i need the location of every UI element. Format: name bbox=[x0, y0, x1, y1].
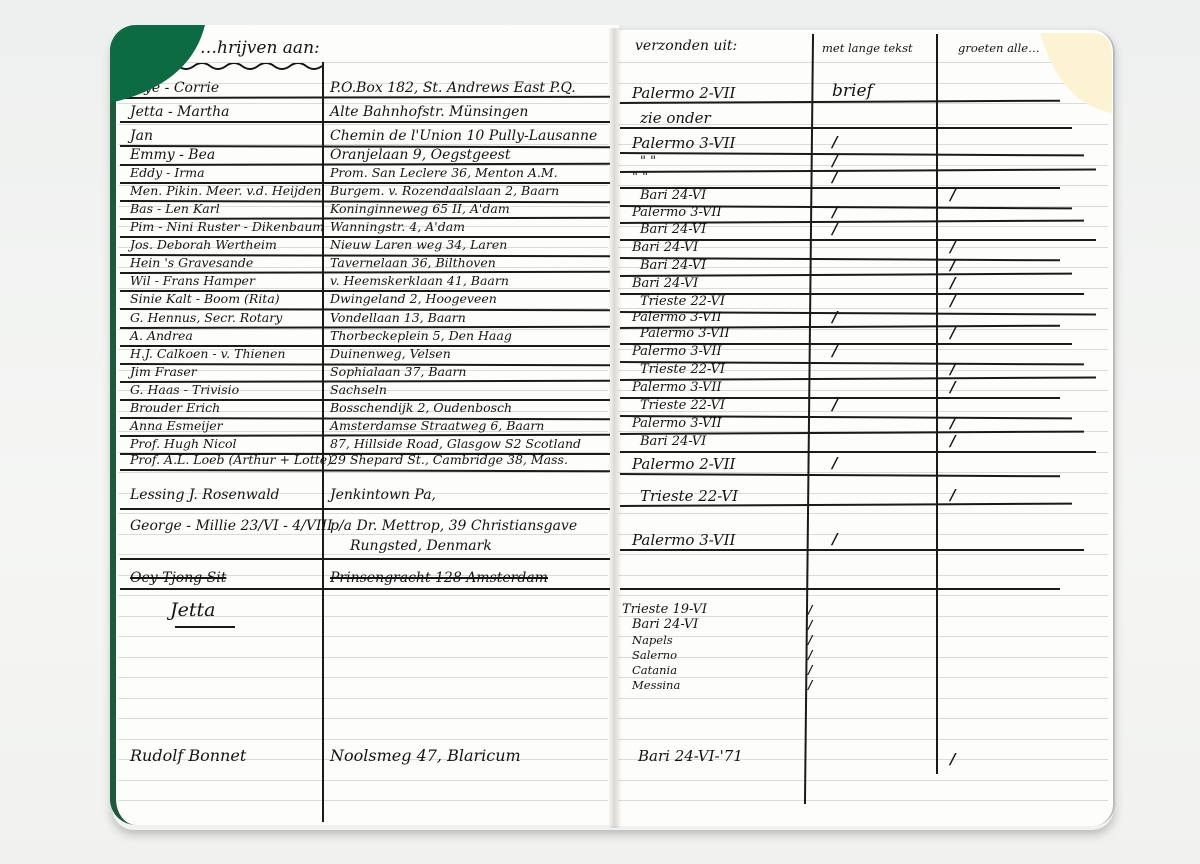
page-ruling bbox=[618, 636, 1108, 637]
page-ruling bbox=[118, 636, 608, 637]
page-ruling bbox=[118, 739, 608, 740]
entry-name: G. Haas - Trivisio bbox=[130, 382, 239, 398]
check-mark-greetings: / bbox=[950, 238, 955, 256]
entry-name: Jos. Deborah Wertheim bbox=[130, 237, 277, 253]
entry-name: Men. Pikin. Meer. v.d. Heijden bbox=[130, 183, 321, 199]
page-ruling bbox=[118, 780, 608, 781]
entry-address: Prinsengracht 128 Amsterdam bbox=[330, 570, 548, 586]
entry-name: Emmy - Bea bbox=[130, 147, 215, 163]
check-mark-greetings: / bbox=[950, 256, 955, 274]
entry-address: Vondellaan 13, Baarn bbox=[330, 310, 466, 326]
sent-from-cell: Bari 24-VI bbox=[640, 188, 706, 204]
page-ruling bbox=[618, 739, 1108, 740]
book-gutter bbox=[608, 28, 622, 828]
check-mark-long-text: / bbox=[832, 342, 837, 360]
ink-row-line bbox=[120, 588, 610, 590]
entry-address: Koninginneweg 65 II, A'dam bbox=[330, 201, 510, 217]
entry-name: Prof. Hugh Nicol bbox=[130, 436, 236, 452]
column-divider bbox=[936, 34, 938, 774]
check-mark-long-text: / bbox=[832, 220, 837, 238]
entry-name: G. Hennus, Secr. Rotary bbox=[130, 310, 282, 326]
page-ruling bbox=[618, 657, 1108, 658]
city-list-item: Trieste 19-VI bbox=[622, 602, 707, 618]
entry-name: Jan bbox=[130, 128, 153, 144]
left-heading: …hrijven aan: bbox=[200, 40, 320, 56]
check-mark-greetings: / bbox=[950, 378, 955, 396]
check-mark-long-text: / bbox=[832, 133, 837, 151]
page-ruling bbox=[118, 554, 608, 555]
entry-address: Oranjelaan 9, Oegstgeest bbox=[330, 147, 510, 163]
entry-address: Duinenweg, Velsen bbox=[330, 346, 451, 362]
entry-name: Jim Fraser bbox=[130, 364, 197, 380]
entry-name: Eddy - Irma bbox=[130, 165, 205, 181]
sent-from-cell: Palermo 3-VII bbox=[640, 326, 730, 342]
column-divider bbox=[322, 62, 324, 822]
city-list-item: Napels bbox=[632, 632, 673, 648]
entry-address: Chemin de l'Union 10 Pully-Lausanne bbox=[330, 128, 597, 144]
signature-underline bbox=[175, 626, 235, 628]
check-mark-greetings: / bbox=[950, 486, 955, 504]
sent-from-cell: Palermo 3-VII bbox=[632, 344, 722, 360]
entry-address: Burgem. v. Rozendaalslaan 2, Baarn bbox=[330, 183, 559, 199]
page-ruling bbox=[618, 698, 1108, 699]
page-ruling bbox=[618, 165, 1108, 166]
entry-name: Brouder Erich bbox=[130, 400, 220, 416]
ink-row-line bbox=[120, 508, 610, 510]
page-ruling bbox=[118, 472, 608, 473]
city-list-item: Catania bbox=[632, 662, 677, 678]
page-ruling bbox=[118, 800, 608, 801]
sent-from-cell: Trieste 22-VI bbox=[640, 398, 725, 414]
check-mark-long-text: / bbox=[832, 308, 837, 326]
entry-name: Hein 's Gravesande bbox=[130, 255, 253, 271]
sent-from-cell: Bari 24-VI bbox=[632, 276, 698, 292]
sent-from-cell: Trieste 22-VI bbox=[640, 294, 725, 310]
sent-from-cell: zie onder bbox=[640, 110, 711, 126]
page-ruling bbox=[118, 718, 608, 719]
check-mark-long-text: / bbox=[832, 396, 837, 414]
sent-from-cell: Palermo 3-VII bbox=[632, 532, 735, 548]
page-ruling bbox=[618, 513, 1108, 514]
sent-from-cell: Trieste 22-VI bbox=[640, 488, 738, 504]
page-ruling bbox=[118, 62, 608, 63]
page-ruling bbox=[618, 595, 1108, 596]
check-mark-greetings: / bbox=[950, 414, 955, 432]
entry-address: Prom. San Leclere 36, Menton A.M. bbox=[330, 165, 558, 181]
check-mark-greetings: / bbox=[950, 186, 955, 204]
sent-from-cell: " " bbox=[640, 154, 656, 170]
sent-from-cell: Palermo 2-VII bbox=[632, 456, 735, 472]
page-ruling bbox=[118, 595, 608, 596]
page-ruling bbox=[618, 575, 1108, 576]
entry-address: Rungsted, Denmark bbox=[350, 538, 492, 554]
page-ruling bbox=[618, 800, 1108, 801]
entry-name: Anna Esmeijer bbox=[130, 418, 223, 434]
sent-from-cell: Palermo 3-VII bbox=[632, 380, 722, 396]
page-ruling bbox=[118, 677, 608, 678]
sent-from-cell: Bari 24-VI-'71 bbox=[638, 748, 743, 764]
sent-from-cell: Palermo 3-VII bbox=[632, 135, 735, 151]
check-mark-greetings: / bbox=[950, 274, 955, 292]
entry-address: 29 Shepard St., Cambridge 38, Mass. bbox=[330, 452, 568, 468]
entry-address: Amsterdamse Straatweg 6, Baarn bbox=[330, 418, 544, 434]
page-ruling bbox=[118, 513, 608, 514]
check-mark-greetings: / bbox=[950, 324, 955, 342]
check-mark-long-text: / bbox=[832, 530, 837, 548]
entry-address: Sophialaan 37, Baarn bbox=[330, 364, 467, 380]
ink-row-line bbox=[620, 588, 1060, 590]
sent-from-cell: Palermo 2-VII bbox=[632, 85, 735, 101]
entry-name: Oey Tjong Sit bbox=[130, 570, 226, 586]
entry-address: Sachseln bbox=[330, 382, 387, 398]
entry-name: A. Andrea bbox=[130, 328, 193, 344]
ink-row-line bbox=[620, 451, 1096, 453]
check-mark-long-text: / bbox=[832, 168, 837, 186]
check-mark-long-text: / bbox=[808, 663, 812, 677]
entry-address: Thorbeckeplein 5, Den Haag bbox=[330, 328, 512, 344]
page-ruling bbox=[118, 657, 608, 658]
sent-from-cell: Trieste 22-VI bbox=[640, 362, 725, 378]
sent-from-cell: Bari 24-VI bbox=[640, 434, 706, 450]
page-ruling bbox=[618, 62, 1108, 63]
entry-address: p/a Dr. Mettrop, 39 Christiansgave bbox=[330, 518, 577, 534]
long-text-cell: brief bbox=[832, 83, 873, 99]
city-list-item: Messina bbox=[632, 677, 680, 693]
entry-name: George - Millie 23/VI - 4/VIII bbox=[130, 518, 333, 534]
sent-from-cell: Bari 24-VI bbox=[640, 222, 706, 238]
entry-name: Jetta - Martha bbox=[130, 104, 230, 120]
check-mark-long-text: / bbox=[808, 603, 812, 617]
entry-name: Prof. A.L. Loeb (Arthur + Lotte) bbox=[130, 452, 332, 468]
entry-name: Wil - Frans Hamper bbox=[130, 273, 255, 289]
check-mark-long-text: / bbox=[808, 648, 812, 662]
header-sent-from: verzonden uit: bbox=[635, 38, 737, 54]
check-mark-greetings: / bbox=[950, 432, 955, 450]
entry-name: Bas - Len Karl bbox=[130, 201, 220, 217]
header-greetings: groeten alle… bbox=[958, 40, 1040, 56]
ink-row-line bbox=[120, 558, 610, 560]
page-ruling bbox=[618, 677, 1108, 678]
entry-name: Rudolf Bonnet bbox=[130, 748, 246, 764]
entry-name: Sinie Kalt - Boom (Rita) bbox=[130, 291, 280, 307]
entry-address: Bosschendijk 2, Oudenbosch bbox=[330, 400, 512, 416]
sent-from-cell: Palermo 3-VII bbox=[632, 310, 722, 326]
check-mark-greetings: / bbox=[950, 292, 955, 310]
header-long-text: met lange tekst bbox=[822, 40, 913, 56]
check-mark-long-text: / bbox=[832, 203, 837, 221]
sent-from-cell: Palermo 3-VII bbox=[632, 205, 722, 221]
sent-from-cell: " " bbox=[632, 170, 648, 186]
check-mark-long-text: / bbox=[808, 633, 812, 647]
page-ruling bbox=[118, 698, 608, 699]
entry-address: Noolsmeg 47, Blaricum bbox=[330, 748, 521, 764]
check-mark-greetings: / bbox=[950, 750, 955, 768]
entry-address: Jenkintown Pa, bbox=[330, 487, 436, 503]
entry-address: Dwingeland 2, Hoogeveen bbox=[330, 291, 497, 307]
entry-address: 87, Hillside Road, Glasgow S2 Scotland bbox=[330, 436, 581, 452]
check-mark-long-text: / bbox=[808, 618, 812, 632]
entry-address: Tavernelaan 36, Bilthoven bbox=[330, 255, 496, 271]
page-ruling bbox=[618, 185, 1108, 186]
city-list-item: Salerno bbox=[632, 647, 677, 663]
page-ruling bbox=[618, 718, 1108, 719]
signature-jetta: Jetta bbox=[170, 602, 215, 618]
entry-name: Lessing J. Rosenwald bbox=[130, 487, 280, 503]
entry-name: Pim - Nini Ruster - Dikenbaum bbox=[130, 219, 324, 235]
check-mark-greetings: / bbox=[950, 360, 955, 378]
entry-address: v. Heemskerklaan 41, Baarn bbox=[330, 273, 509, 289]
city-list-item: Bari 24-VI bbox=[632, 617, 698, 633]
check-mark-long-text: / bbox=[832, 454, 837, 472]
entry-address: Wanningstr. 4, A'dam bbox=[330, 219, 465, 235]
entry-address: P.O.Box 182, St. Andrews East P.Q. bbox=[330, 80, 576, 96]
sent-from-cell: Bari 24-VI bbox=[640, 258, 706, 274]
ink-row-line bbox=[620, 549, 1084, 551]
page-ruling bbox=[618, 780, 1108, 781]
entry-address: Nieuw Laren weg 34, Laren bbox=[330, 237, 507, 253]
sent-from-cell: Bari 24-VI bbox=[632, 240, 698, 256]
ink-row-line bbox=[620, 127, 1072, 129]
entry-address: Alte Bahnhofstr. Münsingen bbox=[330, 104, 528, 120]
ink-row-line bbox=[120, 121, 610, 123]
sent-from-cell: Palermo 3-VII bbox=[632, 416, 722, 432]
page-ruling bbox=[118, 124, 608, 125]
entry-name: H.J. Calkoen - v. Thienen bbox=[130, 346, 285, 362]
check-mark-long-text: / bbox=[808, 678, 812, 692]
page-ruling bbox=[618, 554, 1108, 555]
